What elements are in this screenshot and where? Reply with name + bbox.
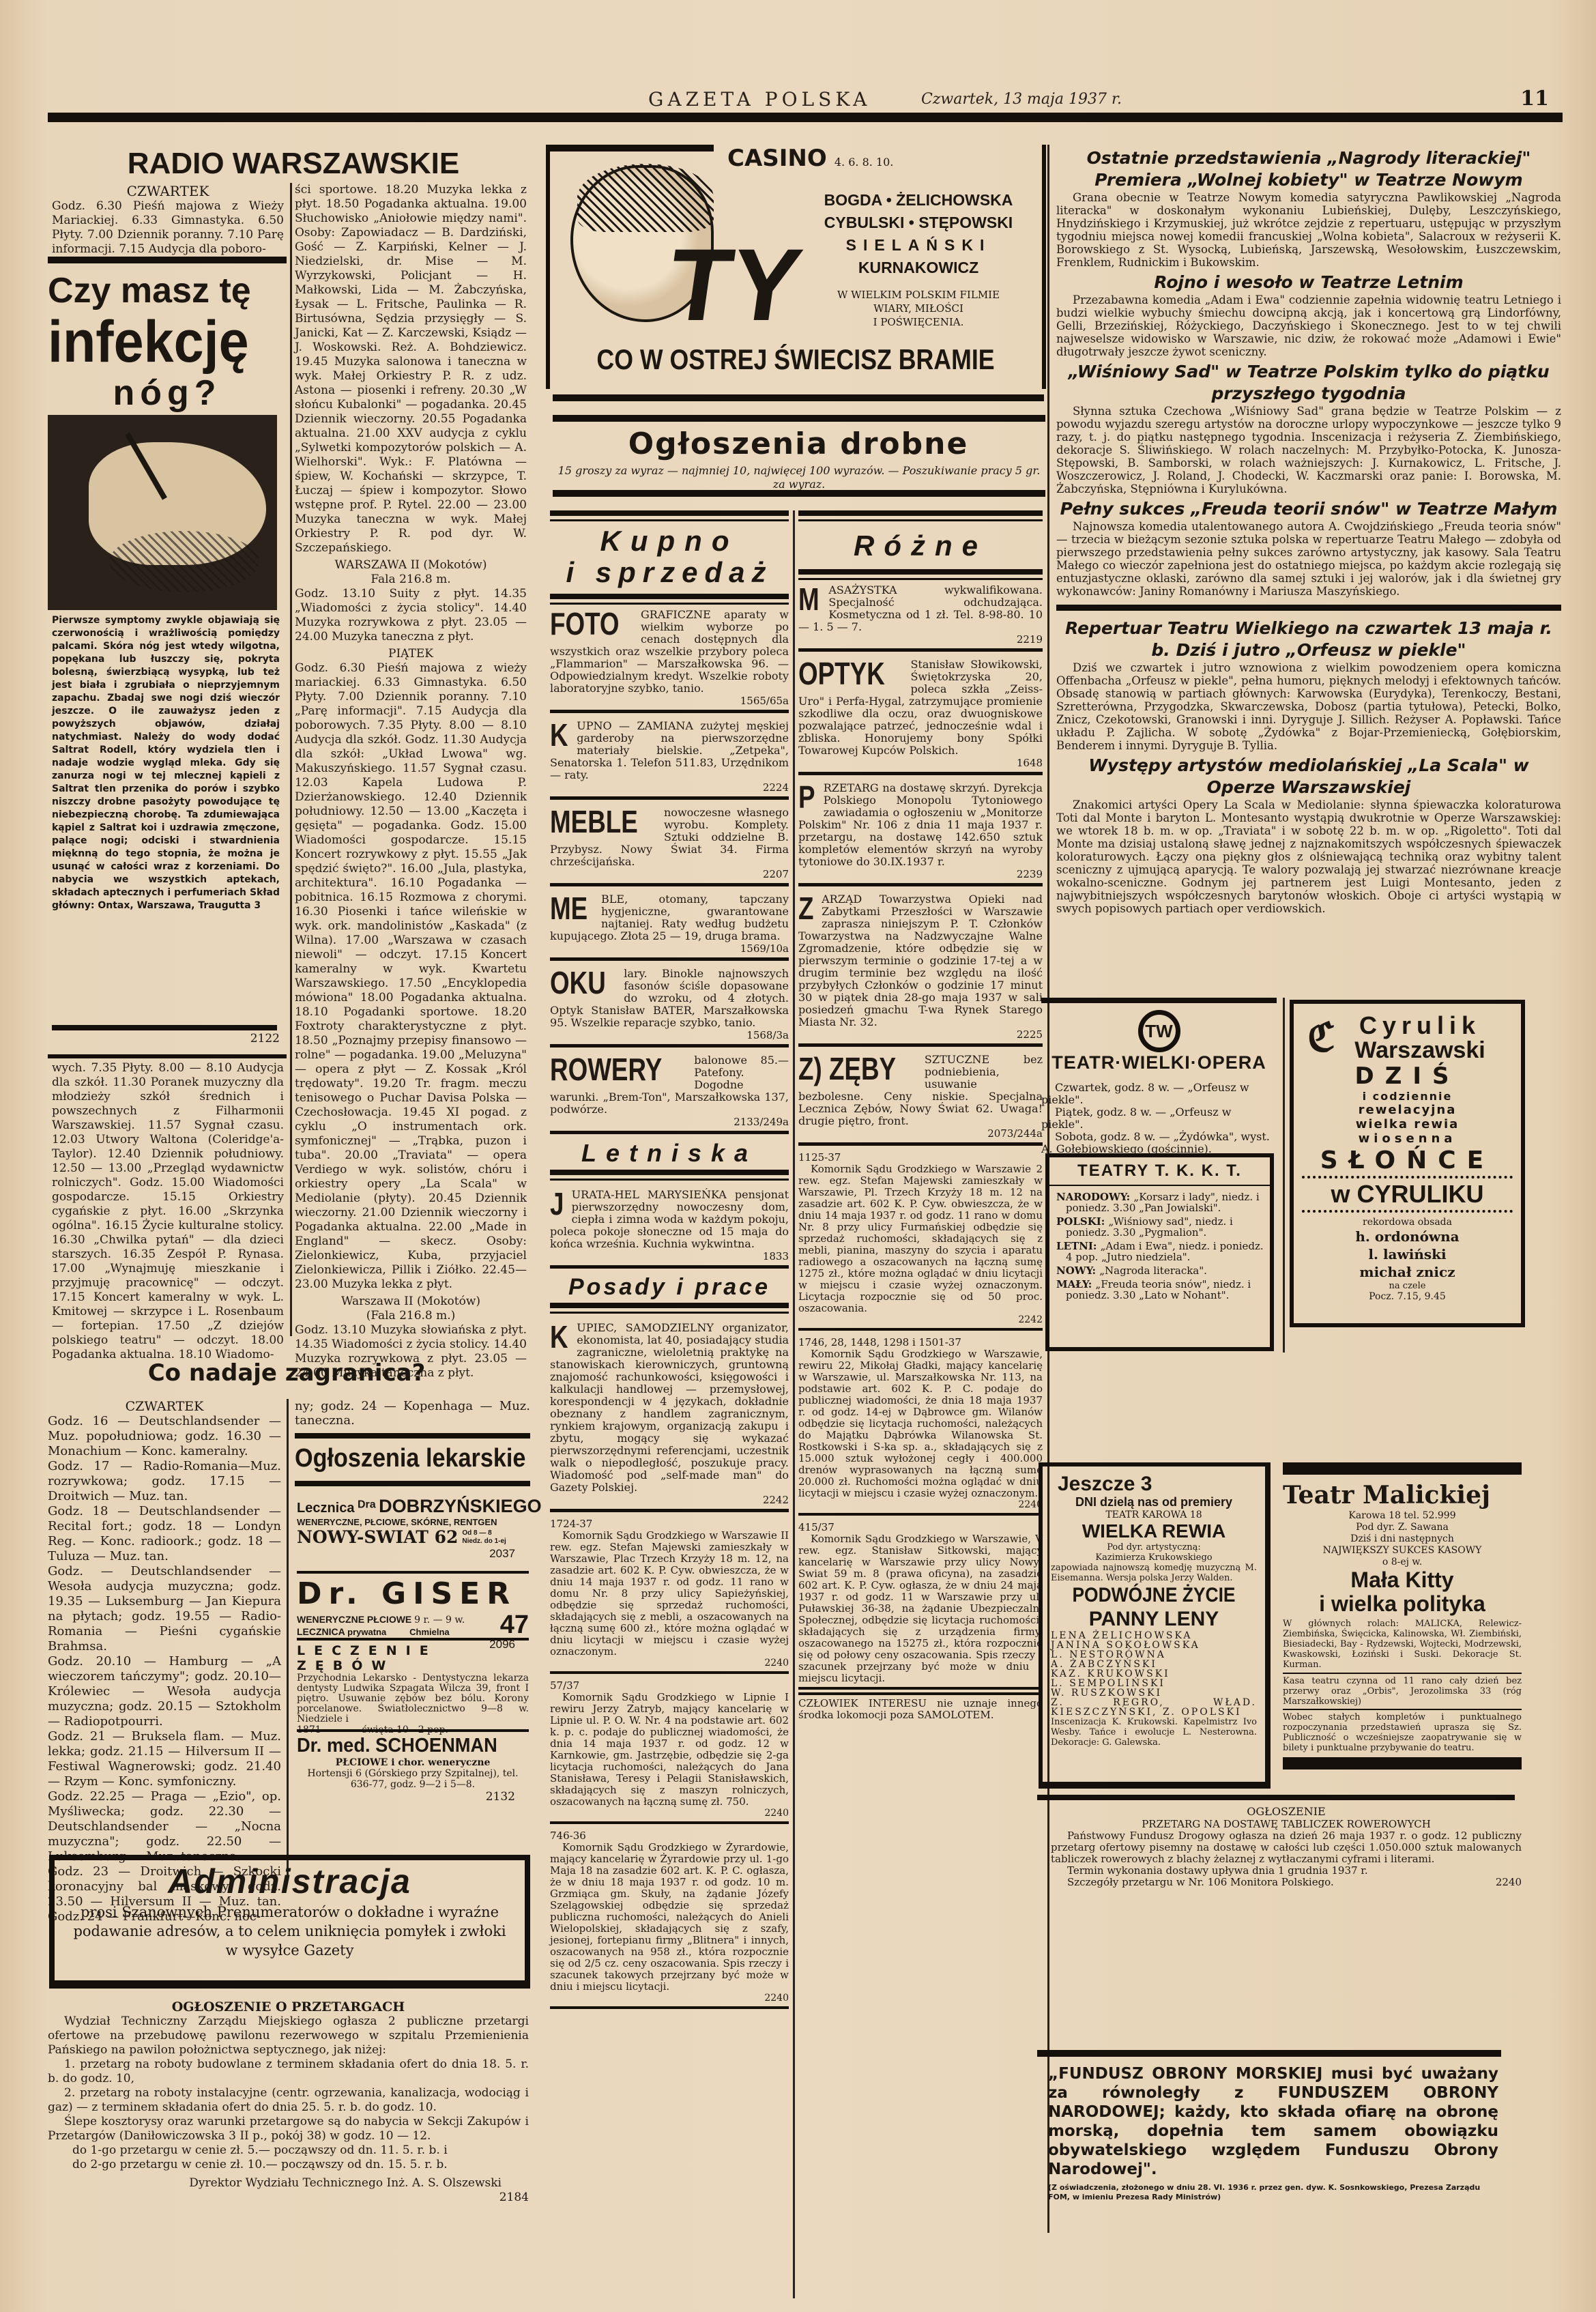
court-notice: 415/37Komornik Sądu Grodzkiego w Warszaw… [798, 1518, 1043, 1690]
foreign-entry: Godz. 20.10 — Hamburg — „A wieczorem tań… [48, 1654, 281, 1729]
classifieds-pricing: 15 groszy za wyraz — najmniej 10, najwię… [553, 464, 1045, 491]
court-notice-id: 1724-37 [550, 1518, 789, 1530]
court-notice-id: 746-36 [550, 1830, 789, 1842]
foreign-entry: Godz. 22.25 — Praga — „Ezio", op. Myśliw… [48, 1789, 281, 1864]
classified-ad: ZARZĄD Towarzystwa Opieki nad Zabytkami … [798, 889, 1043, 1047]
column-divider [287, 1399, 289, 1877]
malicka-sub-2: NAJWIĘKSZY SUKCES KASOWY [1283, 1545, 1522, 1557]
divider [550, 510, 789, 521]
radio-col1-bottom: wych. 7.35 Płyty. 8.00 — 8.10 Audycja dl… [52, 1061, 284, 1362]
court-notice-text: Komornik Sądu Grodzkiego w Żyrardowie, m… [550, 1842, 789, 1993]
casino-film-title: CO W OSTREJ ŚWIECISZ BRAMIE [587, 343, 1004, 377]
bike-tender-details: Szczegóły przetargu w Nr. 106 Monitora P… [1067, 1877, 1334, 1888]
cyrulik-cast-intro: rekordowa obsada [1294, 1217, 1521, 1228]
administration-title: Administracja [55, 1860, 525, 1903]
bike-tender-body: Państwowy Fundusz Drogowy ogłasza na dzi… [1051, 1830, 1522, 1865]
court-notice-ref: 2242 [798, 1314, 1043, 1325]
karowa-cast-member: L. SEMPOLIŃSKI [1051, 1679, 1257, 1688]
classified-ad: OKUlary. Binokle najnowszych fasonów ści… [550, 964, 789, 1047]
teatr-wielki-logo-icon: TW [1138, 1010, 1180, 1052]
radio-day: CZWARTEK [52, 183, 284, 199]
article-body: Znakomici artyści Opery La Scala w Medio… [1056, 798, 1561, 915]
article-heading: Pełny sukces „Freuda teorii snów" w Teat… [1056, 498, 1561, 520]
divider [1041, 998, 1277, 1003]
malicka-cast: W głównych rolach: MALICKA, Relewicz-Zie… [1283, 1619, 1522, 1674]
buy-sell-title-2: i sprzedaż [550, 557, 789, 588]
classified-text: MEBLEnowoczesne własnego wyrobu. Komplet… [550, 807, 789, 868]
tkkt-title: TEATRY T. K. K. T. [1049, 1157, 1270, 1186]
court-notice: 1724-37Komornik Sądu Grodzkiego w Warsza… [550, 1515, 789, 1674]
divider [297, 1571, 529, 1574]
classified-ad: Z) ZĘBYSZTUCZNE bez podniebienia, usuwan… [798, 1050, 1043, 1146]
karowa-credits: Inscenizacja K. Krukowski. Kapelmistrz I… [1051, 1717, 1257, 1748]
court-notice-text: Komornik Sądu Grodzkiego w Warszawie, re… [798, 1348, 1043, 1499]
hair-illustration [577, 164, 714, 232]
foot-illustration [48, 415, 277, 610]
tender-intro: Wydział Techniczny Zarządu Miejskiego og… [48, 2014, 529, 2057]
dobrzynski-sunday: Niedz. do 1-ej [462, 1537, 506, 1545]
article-heading: „Wiśniowy Sad" w Teatrze Polskim tylko d… [1056, 361, 1561, 405]
dobrzynski-prefix: Lecznica [297, 1501, 354, 1516]
court-notice-text: Komornik Sądu Grodzkiego w Warszawie II … [550, 1530, 789, 1658]
teatr-wielki-title: TEATR·WIELKI·OPERA [1041, 1052, 1277, 1073]
tkkt-entry: NARODOWY: „Korsarz i lady", niedz. i pon… [1066, 1191, 1264, 1213]
karowa-director-2: Kazimierza Krukowskiego [1051, 1552, 1257, 1563]
newspaper-page: GAZETA POLSKA Czwartek, 13 maja 1937 r. … [0, 0, 1596, 2312]
cyrulik-logo-icon: ℭ [1307, 1013, 1341, 1061]
divider [550, 594, 789, 605]
classified-ref: 2207 [550, 868, 789, 880]
casino-tagline-1: W WIELKIM POLSKIM FILMIE [802, 288, 1034, 302]
court-notice-ref: 2240 [550, 1993, 789, 2004]
court-notice: 1746, 28, 1448, 1298 i 1501-37Komornik S… [798, 1333, 1043, 1516]
dobrzynski-address: NOWY-SWIAT 62 [297, 1527, 458, 1547]
dobrzynski-hours: Od 8 — 8 [462, 1529, 491, 1537]
tender-item-2: 2. przetarg na roboty instalacyjne (cent… [48, 2086, 529, 2115]
radio-friday-text: Godz. 6.30 Pieśń majowa z wieży mariacki… [295, 661, 527, 1292]
dobrzynski-name: DOBRZYŃSKIEGO [379, 1496, 542, 1516]
classified-lead: MEBLE [550, 807, 638, 837]
giser-hours: 9 r. — 9 w. [414, 1615, 465, 1625]
administration-line-2: podawanie adresów, a to celem uniknięcia… [55, 1922, 525, 1941]
tkkt-repertoire: „Nagroda literacka". [1099, 1265, 1207, 1277]
classified-ad: ROWERYbalonowe 85.— Patefony. Dogodne wa… [550, 1050, 789, 1134]
tkkt-entry: NOWY: „Nagroda literacka". [1066, 1265, 1264, 1276]
malicka-director: Pod dyr. Z. Sawana [1283, 1522, 1522, 1533]
tender-ref: 2184 [48, 2191, 529, 2204]
classified-ref: 2225 [798, 1028, 1043, 1041]
dental-ad: LECZENIE ZĘBÓW Przychodnia Lekarsko - De… [297, 1643, 529, 1735]
classified-ref: 2073/244a [798, 1127, 1043, 1140]
classified-ref: 1833 [550, 1250, 789, 1262]
radio-evening-text: ści sportowe. 18.20 Muzyka lekka z płyt.… [295, 183, 527, 555]
radio-col2: ści sportowe. 18.20 Muzyka lekka z płyt.… [295, 183, 527, 1381]
classified-ref: 2224 [550, 781, 789, 794]
classified-lead: M [798, 584, 819, 614]
karowa-desc: zapowiada najnowszą komedję muzyczną M. … [1051, 1563, 1257, 1583]
malicka-ad: Teatr Malickiej Karowa 18 tel. 52.999 Po… [1283, 1462, 1522, 1769]
radio-warsaw2-title: WARSZAWA II (Mokotów) [295, 558, 527, 573]
cyrulik-today: DZIŚ [1294, 1063, 1521, 1090]
tender-price-1: do 1-go przetargu w cenie zł. 5.— począw… [48, 2143, 529, 2158]
tender-notice: OGŁOSZENIE O PRZETARGACH Wydział Technic… [48, 1999, 529, 2204]
casino-cast-4: KURNAKOWICZ [802, 257, 1034, 279]
naval-fund-notice: „FUNDUSZ OBRONY MORSKIEJ musi być uważan… [1048, 2064, 1498, 2202]
divider [1283, 1757, 1522, 1769]
giser-line2: LECZNICA [297, 1626, 345, 1637]
dobrzynski-ad: Lecznica Dra DOBRZYŃSKIEGO WENERYCZNE, P… [297, 1496, 529, 1561]
cyrulik-title-1: Cyrulik [1341, 1013, 1498, 1038]
casino-cast-2: CYBULSKI • STĘPOWSKI [802, 212, 1034, 234]
foreign-radio-continuation: ny; godz. 24 — Kopenhaga — Muz. taneczna… [295, 1399, 530, 1428]
cyrulik-show-2: w CYRULIKU [1302, 1176, 1513, 1213]
foreign-entry: Godz. 21 — Bruksela flam. — Muz. lekka; … [48, 1729, 281, 1789]
column-divider [1283, 998, 1285, 1353]
foreign-entry: Godz. 17 — Radio-Romania—Muz. rozrywkowa… [48, 1459, 281, 1504]
masthead-rule [48, 113, 1563, 122]
classifieds-title: Ogłoszenia drobne [546, 427, 1051, 461]
giser-number: 47 [500, 1612, 529, 1638]
foreign-entry: Godz. — Deutschlandsender — Wesoła audyc… [48, 1564, 281, 1654]
karowa-cast-member: W. RUSZKOWSKI [1051, 1688, 1257, 1698]
divider [550, 1170, 789, 1181]
tender-item-1: 1. przetarg na roboty budowlane z termin… [48, 2057, 529, 2086]
karowa-cast-member: LENA ŻELICHOWSKA [1051, 1631, 1257, 1641]
article-heading: Ostatnie przedstawienia „Nagrody literac… [1056, 147, 1561, 191]
casino-tagline-2: WIARY, MIŁOŚCI [802, 302, 1034, 315]
court-notice-id: 57/37 [550, 1679, 789, 1692]
classified-lead: P [798, 782, 815, 812]
radio-friday-title: PIĄTEK [295, 647, 527, 661]
classified-ad: FOTOGRAFICZNE aparaty w wielkim wyborze … [550, 605, 789, 713]
teatr-wielki-schedule: Sobota, godz. 8 w. — „Żydówka", wyst. A.… [1041, 1131, 1277, 1155]
giser-line1: WENERYCZNE PŁCIOWE [297, 1614, 411, 1625]
infection-headline-1: Czy masz tę [48, 270, 287, 312]
tkkt-entry: POLSKI: „Wiśniowy sad", niedz. i poniedz… [1066, 1216, 1264, 1238]
article-heading: Repertuar Teatru Wielkiego na czwartek 1… [1056, 618, 1561, 661]
malicka-time: o 8-ej w. [1283, 1557, 1522, 1568]
buy-sell-section: Kupno i sprzedaż FOTOGRAFICZNE aparaty w… [550, 510, 789, 2012]
teatr-wielki-schedule: Czwartek, godz. 8 w. — „Orfeusz w piekle… [1041, 1082, 1277, 1106]
divider [1056, 605, 1561, 611]
tender-title: OGŁOSZENIE O PRZETARGACH [48, 1999, 529, 2014]
karowa-cast-member: L. NESTORÓWNA [1051, 1650, 1257, 1660]
jobs-title: Posady i prace [550, 1271, 789, 1303]
classified-text: JURATA-HEL MARYSIEŃKA pensjonat pierwszo… [550, 1189, 789, 1250]
infection-headline-2: infekcję [48, 312, 267, 372]
dobrzynski-ref: 2037 [297, 1547, 529, 1561]
classified-text: ZARZĄD Towarzystwa Opieki nad Zabytkami … [798, 893, 1043, 1028]
radio-title: RADIO WARSZAWSKIE [55, 147, 532, 181]
classified-lead: ROWERY [550, 1054, 662, 1084]
interest-notice: CZŁOWIEK INTERESU nie uznaje innego środ… [798, 1692, 1043, 1721]
divider [48, 257, 287, 263]
radio-warsaw2b-wave: (Fala 216.8 m.) [295, 1309, 527, 1323]
classified-ad: MEBLEnowoczesne własnego wyrobu. Komplet… [550, 803, 789, 886]
divider [1037, 1795, 1515, 1800]
divider [553, 490, 1045, 497]
administration-line-1: prosi Szanownych Prenumeratorów o dokład… [55, 1903, 525, 1922]
column-divider [290, 183, 292, 1336]
cyrulik-cast-member: h. ordonówna [1294, 1228, 1521, 1245]
buy-sell-title-1: Kupno [550, 525, 789, 557]
classified-lead: Z [798, 893, 813, 923]
court-notice: 746-36Komornik Sądu Grodzkiego w Żyrardo… [550, 1827, 789, 2009]
infection-ad-ref: 2122 [205, 1032, 280, 1045]
article-heading: Rojno i wesoło w Teatrze Letnim [1056, 272, 1561, 293]
court-notice: 1125-37Komornik Sądu Grodzkiego w Warsza… [798, 1148, 1043, 1331]
malicka-address: Karowa 18 tel. 52.999 [1283, 1510, 1522, 1522]
divider [297, 1638, 529, 1641]
bike-tender-deadline: Termin wykonania dostawy upływa dnia 1 g… [1051, 1865, 1522, 1877]
administration-box: Administracja prosi Szanownych Prenumera… [49, 1855, 530, 1989]
bike-tender-subtitle: PRZETARG NA DOSTAWĘ TABLICZEK ROWEROWYCH [1051, 1818, 1522, 1830]
foreign-entry: Godz. 18 — Deutschlandsender — Recital f… [48, 1504, 281, 1564]
radio-warsaw2-text: Godz. 13.10 Suity z płyt. 14.35 „Wiadomo… [295, 587, 527, 644]
schoenman-name: Dr. med. SCHOENMAN [297, 1735, 515, 1757]
classified-text: OKUlary. Binokle najnowszych fasonów ści… [550, 968, 789, 1029]
court-notice-id: 1125-37 [798, 1151, 1043, 1164]
divider [295, 1433, 530, 1439]
summer-title: Letniska [550, 1137, 789, 1170]
divider [1037, 2050, 1501, 2057]
karowa-title-2: PANNY LENY [1051, 1608, 1257, 1631]
divider [553, 394, 1044, 401]
casino-ad: TY CASINO 4. 6. 8. 10. BOGDA • ŻELICHOWS… [546, 145, 1046, 389]
divider [550, 1303, 789, 1314]
classified-ref: 1565/65a [550, 695, 789, 707]
classified-ad: OPTYKStanisław Słowikowski, Świętokrzysk… [798, 654, 1043, 775]
theatre-news: Ostatnie przedstawienia „Nagrody literac… [1056, 145, 1561, 915]
classified-ref: 2242 [550, 1494, 789, 1506]
tender-price-2: do 2-go przetargu w cenie zł. 10.— począ… [48, 2158, 529, 2172]
classified-ref: 2219 [798, 633, 1043, 646]
malicka-show-1: Mała Kitty [1283, 1568, 1522, 1591]
dental-title: LECZENIE ZĘBÓW [297, 1643, 529, 1673]
court-notice-ref: 2240 [550, 1658, 789, 1668]
tender-signature: Dyrektor Wydziału Technicznego Inż. A. S… [48, 2176, 529, 2191]
classified-ref: 2133/249a [550, 1116, 789, 1128]
bike-tender: OGŁOSZENIE PRZETARG NA DOSTAWĘ TABLICZEK… [1051, 1805, 1522, 1888]
foreign-radio-title: Co nadaje zagranica? [48, 1359, 525, 1387]
court-notice-text: Komornik Sądu Grodzkiego w Warszawie 2 r… [798, 1164, 1043, 1314]
dobrzynski-title: Dra [358, 1499, 376, 1511]
medical-ads-title: Ogłoszenia lekarskie [295, 1441, 507, 1475]
classified-text: OPTYKStanisław Słowikowski, Świętokrzysk… [798, 659, 1043, 757]
foreign-radio-day: CZWARTEK [48, 1399, 281, 1414]
karowa-cast-member: A. ŻABCZYŃSKI [1051, 1660, 1257, 1669]
classified-text: ROWERYbalonowe 85.— Patefony. Dogodne wa… [550, 1054, 789, 1116]
classified-lead: Z) ZĘBY [798, 1054, 896, 1084]
divider [52, 1025, 277, 1030]
classified-ad: PRZETARG na dostawę skrzyń. Dyrekcja Pol… [798, 778, 1043, 886]
article-body: Słynna sztuka Czechowa „Wiśniowy Sad" gr… [1056, 405, 1561, 495]
infection-headline-3: nóg? [48, 372, 287, 414]
malicka-title: Teatr Malickiej [1283, 1480, 1522, 1510]
tkkt-entry: LETNI: „Adam i Ewa", niedz. i poniedz. 4… [1066, 1241, 1264, 1262]
casino-cast-3: SIELAŃSKI [802, 234, 1034, 257]
radio-col1-top: CZWARTEK Godz. 6.30 Pieśń majowa z Wieży… [52, 183, 284, 257]
court-notice-ref: 2240 [798, 1499, 1043, 1510]
schoenman-body: Hortensji 6 (Górskiego przy Szpitalnej),… [297, 1768, 529, 1790]
classified-text: Z) ZĘBYSZTUCZNE bez podniebienia, usuwan… [798, 1054, 1043, 1127]
giser-private: prywatna [347, 1627, 386, 1637]
divider [798, 569, 1043, 580]
malicka-show-2: i wielka polityka [1283, 1591, 1522, 1616]
karowa-show-type: WIELKA REWIA [1051, 1520, 1257, 1542]
malicka-sub-1: Dziś i dni następnych [1283, 1533, 1522, 1545]
divider [1283, 1462, 1522, 1475]
classified-lead: OKU [550, 968, 606, 998]
casino-times: 4. 6. 8. 10. [835, 156, 894, 169]
article-body: Dziś we czwartek i jutro wznowiona z wie… [1056, 661, 1561, 752]
giser-street: Chmielna [409, 1627, 450, 1637]
teatr-wielki-schedule: Piątek, godz. 8 w. — „Orfeusz w piekle". [1041, 1106, 1277, 1131]
cyrulik-show: SŁOŃCE [1294, 1146, 1521, 1176]
karowa-theatre: TEATR KAROWA 18 [1051, 1509, 1257, 1520]
court-notice-text: Komornik Sądu Grodzkiego w Warszawie, V … [798, 1533, 1043, 1684]
article-body: Przezabawna komedia „Adam i Ewa" codzien… [1056, 293, 1561, 358]
teatr-wielki-ad: TW TEATR·WIELKI·OPERA Czwartek, godz. 8 … [1041, 998, 1277, 1155]
classified-ref: 1648 [798, 757, 1043, 769]
administration-line-3: w wysyłce Gazety [55, 1941, 525, 1960]
cyrulik-daily: i codziennie [1294, 1090, 1521, 1103]
naval-fund-source: (Z oświadczenia, złożonego w dniu 28. VI… [1048, 2183, 1498, 2202]
issue-date: Czwartek, 13 maja 1937 r. [921, 91, 1122, 108]
tkkt-ad: TEATRY T. K. K. T. NARODOWY: „Korsarz i … [1045, 1153, 1274, 1351]
schoenman-line1: PŁCIOWE i chor. weneryczne [297, 1757, 529, 1768]
classified-ref: 1568/3a [550, 1029, 789, 1041]
classified-text: MASAŻYSTKA wykwalifikowana. Specjalność … [798, 584, 1043, 633]
schoenman-ad: Dr. med. SCHOENMAN PŁCIOWE i chor. wener… [297, 1735, 529, 1804]
classified-ref: 1569/10a [550, 942, 789, 955]
karowa-cast-member: Z. REGRO, WŁAD. KIESZCZYŃSKI, Z. OPOLSKI [1051, 1698, 1257, 1717]
dental-body: Przychodnia Lekarsko - Dentystyczna leka… [297, 1673, 529, 1724]
article-body: Najnowsza komedia utalentowanego autora … [1056, 520, 1561, 598]
giser-name: Dr. GISER [297, 1576, 529, 1612]
karowa-cast-member: KAZ. KRUKOWSKI [1051, 1669, 1257, 1679]
classified-lead: ME [550, 893, 587, 923]
classified-ad: MEBLE, otomany, tapczany hygjeniczne, gw… [550, 889, 789, 961]
cyrulik-cast-member: michał znicz [1294, 1263, 1521, 1281]
casino-cinema: CASINO [727, 145, 827, 172]
malicka-box-office: Kasa teatru czynna od 11 rano cały dzień… [1283, 1674, 1522, 1710]
court-notice-text: Komornik Sądu Grodzkiego w Lipnie I rewi… [550, 1692, 789, 1808]
cyrulik-line-2: wielka rewia [1294, 1117, 1521, 1131]
classified-lead: K [550, 1322, 568, 1352]
court-notice: 57/37Komornik Sądu Grodzkiego w Lipnie I… [550, 1677, 789, 1824]
foreign-radio-list: CZWARTEK Godz. 16 — Deutschlandsender — … [48, 1399, 281, 1924]
cyrulik-times: Pocz. 7.15, 9.45 [1294, 1291, 1521, 1302]
masthead: GAZETA POLSKA Czwartek, 13 maja 1937 r. … [48, 85, 1563, 113]
radio-warsaw2-wave: Fala 216.8 m. [295, 573, 527, 587]
classified-ad: KUPIEC, SAMODZIELNY organizator, ekonomi… [550, 1318, 789, 1512]
classified-lead: K [550, 720, 568, 750]
radio-warsaw2b-title: Warszawa II (Mokotów) [295, 1295, 527, 1309]
karowa-cast-member: JANINA SOKOŁOWSKA [1051, 1641, 1257, 1650]
cyrulik-line-3: wiosenna [1294, 1131, 1521, 1146]
schoenman-ref: 2132 [297, 1790, 529, 1804]
newspaper-title: GAZETA POLSKA [648, 88, 871, 111]
karowa-ad: Jeszcze 3 DNI dzielą nas od premiery TEA… [1039, 1462, 1271, 1789]
cyrulik-ad: ℭ Cyrulik Warszawski DZIŚ i codziennie r… [1290, 1000, 1525, 1327]
classified-ad: KUPNO — ZAMIANA zużytej męskiej garderob… [550, 716, 789, 800]
court-notice-id: 415/37 [798, 1521, 1043, 1533]
tkkt-entry: MAŁY: „Freuda teoria snów", niedz. i pon… [1066, 1279, 1264, 1301]
classified-ref: 2239 [798, 868, 1043, 880]
divider [553, 415, 1045, 422]
classified-text: KUPIEC, SAMODZIELNY organizator, ekonomi… [550, 1322, 789, 1494]
tender-conditions: Ślepe kosztorysy oraz warunki przetargow… [48, 2115, 529, 2143]
classified-ad: MASAŻYSTKA wykwalifikowana. Specjalność … [798, 580, 1043, 652]
casino-tagline-3: I POŚWIĘCENIA. [802, 315, 1034, 329]
divider [295, 1481, 530, 1486]
divider [550, 145, 714, 151]
classified-lead: J [550, 1189, 564, 1219]
classified-lead: FOTO [550, 609, 620, 639]
misc-section: Różne MASAŻYSTKA wykwalifikowana. Specja… [798, 510, 1043, 1721]
misc-title: Różne [798, 525, 1043, 566]
dobrzynski-specialties: WENERYCZNE, PŁCIOWE, SKÓRNE, RENTGEN [297, 1517, 529, 1527]
divider [48, 1054, 287, 1058]
foot-hatching [109, 531, 259, 592]
classified-text: MEBLE, otomany, tapczany hygjeniczne, gw… [550, 893, 789, 942]
casino-big-word: TY [662, 233, 807, 336]
cyrulik-line-1: rewelacyjna [1294, 1103, 1521, 1117]
classified-lead: OPTYK [798, 659, 885, 689]
divider [297, 1729, 529, 1732]
article-body: Grana obecnie w Teatrze Nowym komedia sa… [1056, 191, 1561, 269]
cyrulik-title-2: Warszawski [1341, 1038, 1498, 1063]
cyrulik-cast-outro: na czele [1294, 1281, 1521, 1291]
classified-text: KUPNO — ZAMIANA zużytej męskiej garderob… [550, 720, 789, 781]
karowa-director-1: Pod dyr. artystyczną: [1051, 1542, 1257, 1552]
tkkt-theatre-name: NOWY: [1056, 1265, 1099, 1277]
page-number: 11 [1520, 87, 1549, 111]
karowa-title-1: PODWÓJNE ŻYCIE [1063, 1583, 1245, 1608]
classified-ad: JURATA-HEL MARYSIEŃKA pensjonat pierwszo… [550, 1185, 789, 1269]
article-heading: Występy artystów mediolańskiej „La Scala… [1056, 755, 1561, 798]
bike-tender-title: OGŁOSZENIE [1051, 1805, 1522, 1818]
classified-text: FOTOGRAFICZNE aparaty w wielkim wyborze … [550, 609, 789, 695]
court-notice-ref: 2240 [550, 1808, 789, 1819]
foreign-entry: Godz. 16 — Deutschlandsender — Muz. popo… [48, 1414, 281, 1459]
casino-cast-1: BOGDA • ŻELICHOWSKA [802, 189, 1034, 212]
infection-ad-body: Pierwsze symptomy zwykle objawiają się c… [52, 614, 280, 912]
radio-morning-text: Godz. 6.30 Pieśń majowa z Wieży Mariacki… [52, 199, 284, 257]
cyrulik-cast-member: l. lawiński [1294, 1245, 1521, 1263]
column-divider [793, 510, 795, 2298]
bike-tender-ref: 2240 [1496, 1877, 1522, 1888]
divider [798, 510, 1043, 521]
malicka-notice: Wobec stałych kompletów i punktualnego r… [1283, 1710, 1522, 1753]
karowa-headline: Jeszcze 3 [1051, 1473, 1257, 1495]
infection-ad: Czy masz tę infekcję nóg? [48, 270, 287, 414]
karowa-sub: DNI dzielą nas od premiery [1051, 1495, 1257, 1509]
naval-fund-quote: „FUNDUSZ OBRONY MORSKIEJ musi być uważan… [1048, 2064, 1498, 2179]
classified-text: PRZETARG na dostawę skrzyń. Dyrekcja Pol… [798, 782, 1043, 868]
court-notice-id: 1746, 28, 1448, 1298 i 1501-37 [798, 1336, 1043, 1348]
